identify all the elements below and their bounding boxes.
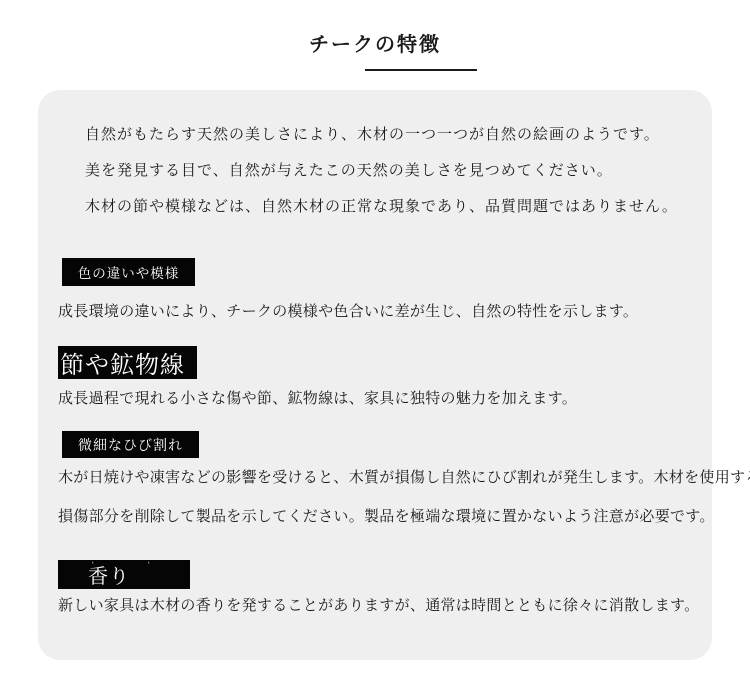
section-color-difference: 色の違いや模様 成長環境の違いにより、チークの模様や色合いに差が生じ、自然の特性… <box>38 225 712 330</box>
page-header: チークの特徴 <box>0 0 750 71</box>
section-text: 新しい家具は木材の香りを発することがありますが、通常は時間とともに徐々に消散しま… <box>58 589 712 623</box>
section-badge: 微細なひび割れ <box>62 431 199 458</box>
intro-line: 木材の節や模様などは、自然木材の正常な現象であり、品質問題ではありません。 <box>85 189 712 225</box>
decorative-tick-mark: ˈ <box>91 562 96 572</box>
feature-card: 自然がもたらす天然の美しさにより、木材の一つ一つが自然の絵画のようです。 美を発… <box>38 90 712 660</box>
section-fine-cracks: 微細なひび割れ 木が日焼けや凍害などの影響を受けると、木質が損傷し自然にひび割れ… <box>38 417 712 536</box>
section-badge: 色の違いや模様 <box>62 258 195 286</box>
title-underline <box>365 69 477 71</box>
section-text: 損傷部分を削除して製品を示してください。製品を極端な環境に置かないよう注意が必要… <box>58 498 712 536</box>
section-text: 成長過程で現れる小さな傷や節、鉱物線は、家具に独特の魅力を加えます。 <box>58 381 712 417</box>
section-text: 成長環境の違いにより、チークの模様や色合いに差が生じ、自然の特性を示します。 <box>58 294 712 330</box>
decorative-tick-mark: ˈ <box>147 562 152 572</box>
section-badge: ˈ 香り ˈ <box>58 560 190 589</box>
intro-line: 自然がもたらす天然の美しさにより、木材の一つ一つが自然の絵画のようです。 <box>85 117 712 153</box>
section-knots-mineral-lines: 節や鉱物線 成長過程で現れる小さな傷や節、鉱物線は、家具に独特の魅力を加えます。 <box>38 330 712 417</box>
section-badge: 節や鉱物線 <box>58 346 197 379</box>
intro-block: 自然がもたらす天然の美しさにより、木材の一つ一つが自然の絵画のようです。 美を発… <box>38 90 712 225</box>
intro-line: 美を発見する目で、自然が与えたこの天然の美しさを見つめてください。 <box>85 153 712 189</box>
page-title: チークの特徴 <box>0 32 750 58</box>
section-text: 木が日焼けや凍害などの影響を受けると、木質が損傷し自然にひび割れが発生します。木… <box>58 459 712 497</box>
section-scent: ˈ 香り ˈ 新しい家具は木材の香りを発することがありますが、通常は時間とともに… <box>38 536 712 623</box>
